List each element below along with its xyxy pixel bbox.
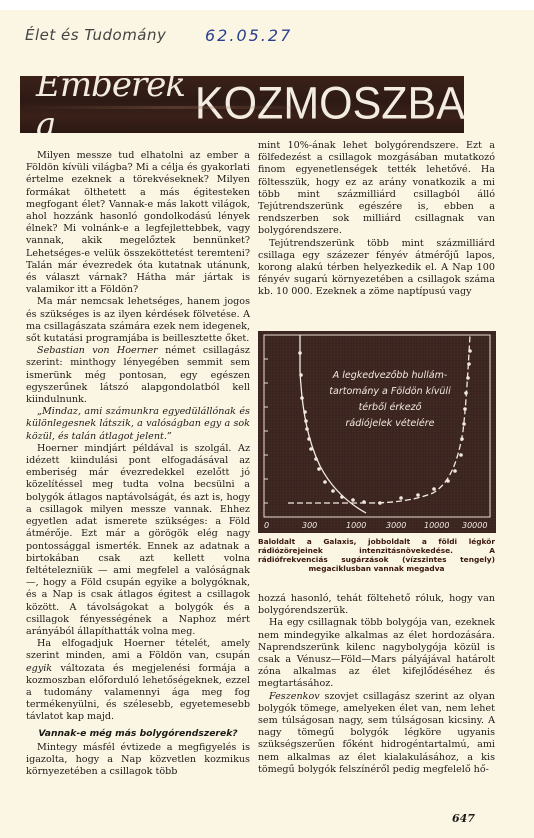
svg-text:A legkedvezőbb hullám-: A legkedvezőbb hullám- xyxy=(332,370,448,381)
y-axis-ticks xyxy=(264,359,268,503)
radio-noise-chart: A legkedvezőbb hullám- tartomány a Földö… xyxy=(258,331,496,533)
x-axis-labels: 0 300 1000 3000 10000 30000 xyxy=(264,521,487,530)
figure-caption: Baloldalt a Galaxis, jobboldalt a földi … xyxy=(258,537,495,573)
document-page: Élet és Tudomány 62.05.27 Emberek a KOZM… xyxy=(0,10,534,838)
svg-text:10000: 10000 xyxy=(424,521,449,530)
svg-text:térből érkező: térből érkező xyxy=(359,402,422,413)
paragraph: Feszenkov szovjet csillagász szerint az … xyxy=(258,691,495,776)
svg-text:3000: 3000 xyxy=(386,521,406,530)
title-caps: KOZMOSZBAN xyxy=(195,79,464,130)
right-column-top: mint 10%-ának lehet bolygórendszere. Ezt… xyxy=(258,140,495,299)
title-banner: Emberek a KOZMOSZBAN xyxy=(20,76,464,133)
section-subheading: Vannak-e még más bolygórendszerek? xyxy=(26,728,250,740)
quote: „Mindaz, ami számunkra egyedülállónak és… xyxy=(26,406,250,443)
paragraph: Sebastian von Hoerner német csillagász s… xyxy=(26,345,250,406)
handwritten-date-note: 62.05.27 xyxy=(205,26,292,45)
paragraph: Ha egy csillagnak több bolygója van, eze… xyxy=(258,617,495,690)
svg-text:300: 300 xyxy=(302,521,317,530)
paragraph: Ha elfogadjuk Hoerner tételét, amely sze… xyxy=(26,638,250,723)
svg-text:1000: 1000 xyxy=(346,521,366,530)
chart-plot: A legkedvezőbb hullám- tartomány a Földö… xyxy=(258,331,496,533)
chart-annotation: A legkedvezőbb hullám- tartomány a Földö… xyxy=(329,370,451,429)
paragraph: Mintegy másfél évtizede a megfigyelés is… xyxy=(26,742,250,779)
svg-text:0: 0 xyxy=(264,521,269,530)
svg-text:tartomány a Földön kívüli: tartomány a Földön kívüli xyxy=(329,386,451,397)
paragraph: Milyen messze tud elhatolni az ember a F… xyxy=(26,150,250,296)
right-column-bottom: hozzá hasonló, tehát föltehető róluk, ho… xyxy=(258,593,495,776)
svg-text:rádiójelek vételére: rádiójelek vételére xyxy=(346,418,435,429)
handwritten-source-note: Élet és Tudomány xyxy=(25,26,166,44)
author-name: Feszenkov xyxy=(269,691,320,702)
paragraph: Hoerner mindjárt példával is szolgál. Az… xyxy=(26,443,250,638)
paragraph: mint 10%-ának lehet bolygórendszere. Ezt… xyxy=(258,140,495,238)
paragraph: Ma már nemcsak lehetséges, hanem jogos é… xyxy=(26,296,250,345)
left-column: Milyen messze tud elhatolni az ember a F… xyxy=(26,150,250,778)
svg-text:30000: 30000 xyxy=(462,521,487,530)
author-name: Sebastian von Hoerner xyxy=(37,345,158,356)
page-number: 647 xyxy=(452,812,475,825)
title-script: Emberek a xyxy=(36,76,185,133)
paragraph: Tejútrendszerünk több mint százmilliárd … xyxy=(258,238,495,299)
paragraph: hozzá hasonló, tehát föltehető róluk, ho… xyxy=(258,593,495,617)
